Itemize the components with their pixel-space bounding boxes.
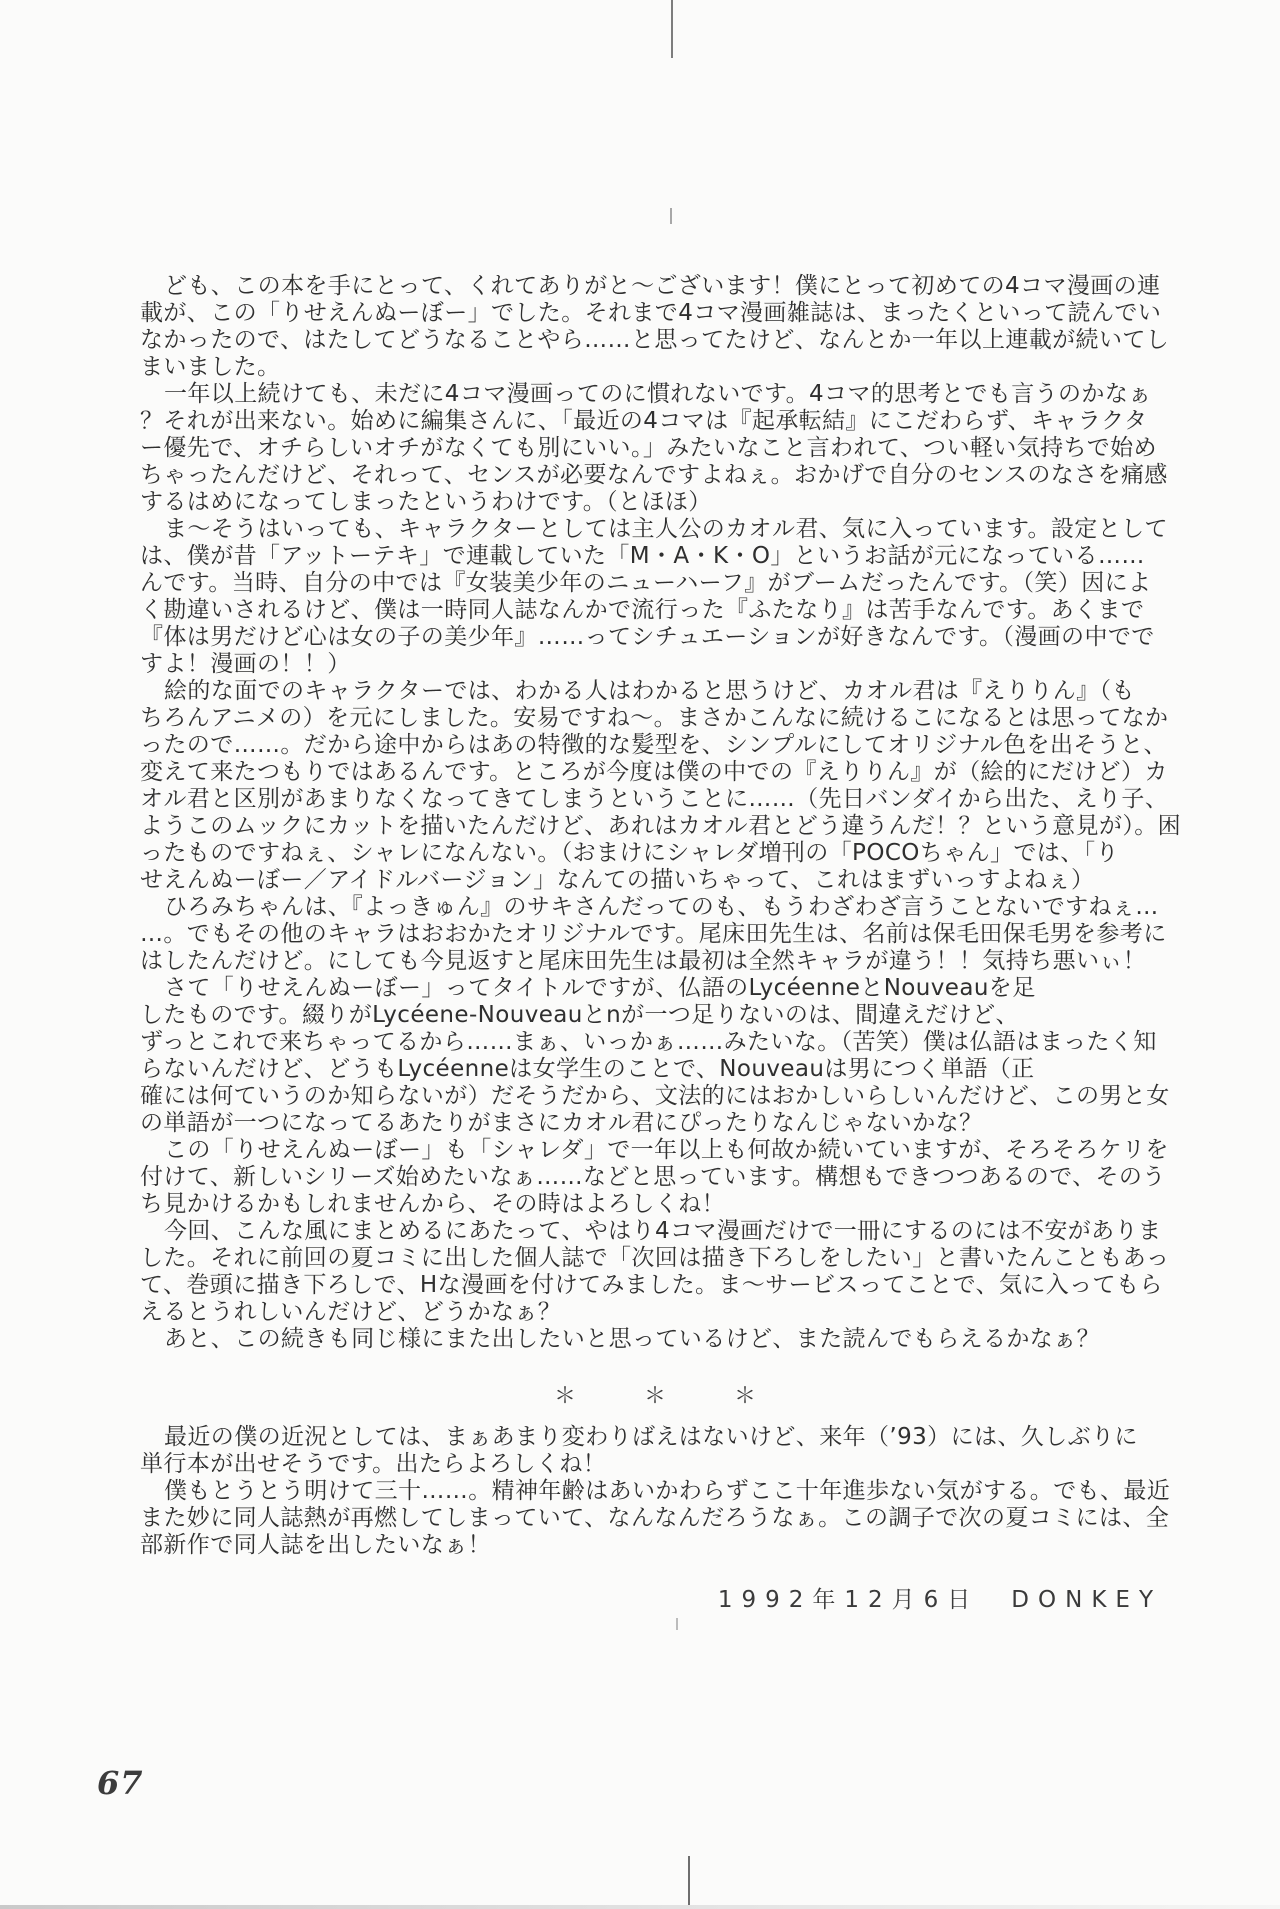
afterword-line: の単語が一つになってるあたりがまさにカオル君にぴったりなんじゃないかな？ bbox=[140, 1110, 1170, 1137]
afterword-line: く勘違いされるけど、僕は一時同人誌なんかで流行った『ふたなり』は苦手なんです。あ… bbox=[140, 597, 1170, 624]
afterword-line: ま〜そうはいっても、キャラクターとしては主人公のカオル君、気に入っています。設定… bbox=[140, 516, 1170, 543]
scan-edge-shadow bbox=[0, 1905, 1280, 1909]
afterword-line: 変えて来たつもりではあるんです。ところが今度は僕の中での『えりりん』が（絵的にだ… bbox=[140, 759, 1170, 786]
afterword-line: なかったので、はたしてどうなることやら……と思ってたけど、なんとか一年以上連載が… bbox=[140, 327, 1170, 354]
afterword-line: ったので……。だから途中からはあの特徴的な髪型を、シンプルにしてオリジナル色を出… bbox=[140, 732, 1170, 759]
fold-mark-top-segment bbox=[670, 208, 672, 224]
closing-line: 部新作で同人誌を出したいなぁ！ bbox=[140, 1532, 1170, 1559]
afterword-line: 付けて、新しいシリーズ始めたいなぁ……などと思っています。構想もできつつあるので… bbox=[140, 1164, 1170, 1191]
afterword-line: 絵的な面でのキャラクターでは、わかる人はわかると思うけど、カオル君は『えりりん』… bbox=[140, 678, 1170, 705]
afterword-line: ちろんアニメの）を元にしました。安易ですね〜。まさかこんなに続けるこになるとは思… bbox=[140, 705, 1170, 732]
afterword-line: まいました。 bbox=[140, 354, 1170, 381]
afterword-line: えるとうれしいんだけど、どうかなぁ？ bbox=[140, 1299, 1170, 1326]
afterword-line: ー優先で、オチらしいオチがなくても別にいい。」みたいなこと言われて、つい軽い気持… bbox=[140, 435, 1170, 462]
afterword-line: 今回、こんな風にまとめるにあたって、やはり4コマ漫画だけで一冊にするのには不安が… bbox=[140, 1218, 1170, 1245]
scanned-afterword-page: ども、この本を手にとって、くれてありがと〜ございます！僕にとって初めての4コマ漫… bbox=[0, 0, 1280, 1909]
asterisk-separator: ＊ ＊ ＊ bbox=[140, 1379, 1170, 1410]
afterword-line: ひろみちゃんは、『よっきゅん』のサキさんだってのも、もうわざわざ言うことないです… bbox=[140, 894, 1170, 921]
afterword-line: は、僕が昔「アットーテキ」で連載していた「M・A・K・O」というお話が元になって… bbox=[140, 543, 1170, 570]
afterword-line: すよ！漫画の！！） bbox=[140, 651, 1170, 678]
afterword-line: …。でもその他のキャラはおおかたオリジナルです。尾床田先生は、名前は保毛田保毛男… bbox=[140, 921, 1170, 948]
afterword-line: するはめになってしまったというわけです。（とほほ） bbox=[140, 489, 1170, 516]
afterword-line: この「りせえんぬーぼー」も「シャレダ」で一年以上も何故か続いていますが、そろそろ… bbox=[140, 1137, 1170, 1164]
afterword-line: 一年以上続けても、未だに4コマ漫画ってのに慣れないです。4コマ的思考とでも言うの… bbox=[140, 381, 1170, 408]
fold-mark-lower-segment bbox=[676, 1618, 678, 1630]
afterword-line: ち見かけるかもしれませんから、その時はよろしくね！ bbox=[140, 1191, 1170, 1218]
closing-text: 最近の僕の近況としては、まぁあまり変わりばえはないけど、来年（’93）には、久し… bbox=[140, 1424, 1170, 1559]
closing-line: 単行本が出せそうです。出たらよろしくね！ bbox=[140, 1451, 1170, 1478]
afterword-text: ども、この本を手にとって、くれてありがと〜ございます！僕にとって初めての4コマ漫… bbox=[140, 273, 1170, 1353]
afterword-line: ちゃったんだけど、それって、センスが必要なんですよねぇ。おかげで自分のセンスのな… bbox=[140, 462, 1170, 489]
closing-line: 僕もとうとう明けて三十……。精神年齢はあいかわらずここ十年進歩ない気がする。でも… bbox=[140, 1478, 1170, 1505]
page-number: 67 bbox=[97, 1764, 144, 1802]
afterword-line: はしたんだけど。にしても今見返すと尾床田先生は最初は全然キャラが違う！！気持ち悪… bbox=[140, 948, 1170, 975]
afterword-line: 確には何ていうのか知らないが）だそうだから、文法的にはおかしいらしいんだけど、こ… bbox=[140, 1083, 1170, 1110]
afterword-line: らないんだけど、どうもLycéenneは女学生のことで、Nouveauは男につく… bbox=[140, 1056, 1170, 1083]
asterisk: ＊ bbox=[554, 1379, 576, 1410]
afterword-line: オル君と区別があまりなくなってきてしまうということに……（先日バンダイから出た、… bbox=[140, 786, 1170, 813]
afterword-line: ったものですねぇ、シャレになんない。（おまけにシャレダ増刊の「POCOちゃん」で… bbox=[140, 840, 1170, 867]
signature-date: 1992年12月6日 DONKEY bbox=[140, 1581, 1180, 1614]
afterword-line: て、巻頭に描き下ろしで、Hな漫画を付けてみました。ま〜サービスってことで、気に入… bbox=[140, 1272, 1170, 1299]
asterisk: ＊ bbox=[644, 1379, 666, 1410]
afterword-line: した。それに前回の夏コミに出した個人誌で「次回は描き下ろしをしたい」と書いたんこ… bbox=[140, 1245, 1170, 1272]
closing-line: 最近の僕の近況としては、まぁあまり変わりばえはないけど、来年（’93）には、久し… bbox=[140, 1424, 1170, 1451]
asterisk: ＊ bbox=[734, 1379, 756, 1410]
afterword-line: あと、この続きも同じ様にまた出したいと思っているけど、また読んでもらえるかなぁ？ bbox=[140, 1326, 1170, 1353]
afterword-line: 『体は男だけど心は女の子の美少年』……ってシチュエーションが好きなんです。（漫画… bbox=[140, 624, 1170, 651]
afterword-line: ども、この本を手にとって、くれてありがと〜ございます！僕にとって初めての4コマ漫… bbox=[140, 273, 1170, 300]
afterword-line: せえんぬーぼー／アイドルバージョン」なんての描いちゃって、これはまずいっすよねぇ… bbox=[140, 867, 1170, 894]
fold-mark-bottom bbox=[688, 1856, 690, 1909]
afterword-line: ずっとこれで来ちゃってるから……まぁ、いっかぁ……みたいな。（苦笑）僕は仏語はま… bbox=[140, 1029, 1170, 1056]
afterword-line: んです。当時、自分の中では『女装美少年のニューハーフ』がブームだったんです。（笑… bbox=[140, 570, 1170, 597]
afterword-line: したものです。綴りがLycéene-Nouveauとnが一つ足りないのは、間違え… bbox=[140, 1002, 1170, 1029]
fold-mark-top bbox=[671, 0, 673, 58]
afterword-line: ようこのムックにカットを描いたんだけど、あれはカオル君とどう違うんだ！？という意… bbox=[140, 813, 1170, 840]
afterword-line: ？それが出来ない。始めに編集さんに、「最近の4コマは『起承転結』にこだわらず、キ… bbox=[140, 408, 1170, 435]
afterword-line: さて「りせえんぬーぼー」ってタイトルですが、仏語のLycéenneとNouvea… bbox=[140, 975, 1170, 1002]
afterword-line: 載が、この「りせえんぬーぼー」でした。それまで4コマ漫画雑誌は、まったくといって… bbox=[140, 300, 1170, 327]
closing-line: また妙に同人誌熱が再燃してしまっていて、なんなんだろうなぁ。この調子で次の夏コミ… bbox=[140, 1505, 1170, 1532]
